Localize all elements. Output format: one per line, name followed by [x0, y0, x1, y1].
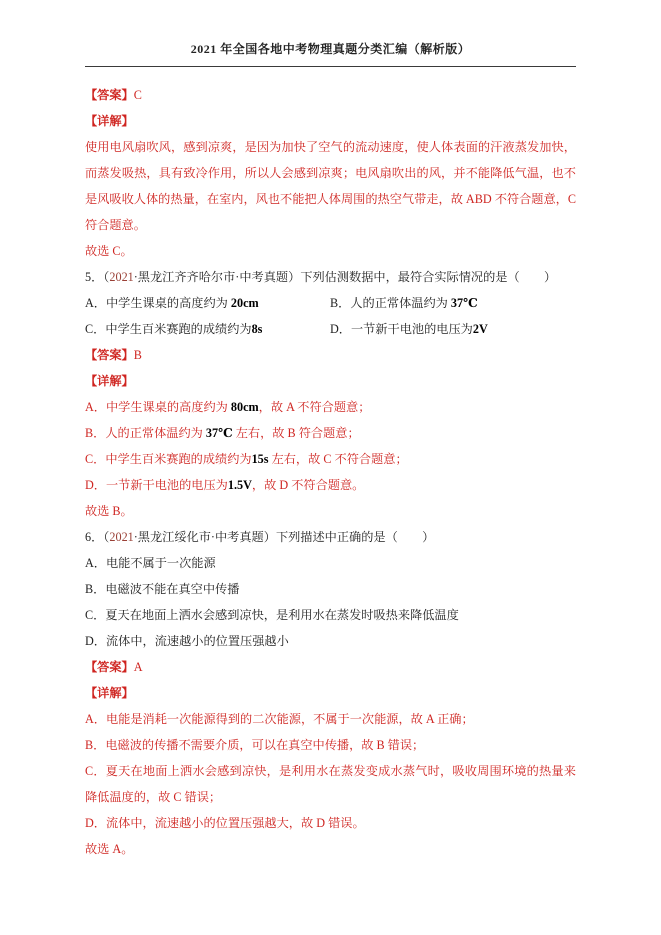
analysis-value: 1.5V — [228, 478, 252, 492]
question6-stem: 6．（2021·黑龙江绥化市·中考真题）下列描述中正确的是（ ） — [85, 524, 576, 550]
q4-analysis-paragraph: 使用电风扇吹风，感到凉爽，是因为加快了空气的流动速度，使人体表面的汗液蒸发加快，… — [85, 134, 576, 238]
detail-marker: 【详解】 — [85, 686, 134, 700]
q5-conclusion: 故选 B。 — [85, 498, 576, 524]
q6-analysis-d: D．流体中，流速越小的位置压强越大，故 D 错误。 — [85, 810, 576, 836]
analysis-text: B．人的正常体温约为 — [85, 426, 206, 440]
q5-analysis-a: A．中学生课桌的高度约为 80cm，故 A 不符合题意； — [85, 394, 576, 420]
q4-conclusion: 故选 C。 — [85, 238, 576, 264]
analysis-value: 15s — [252, 452, 269, 466]
q4-answer-line: 【答案】C — [85, 82, 576, 108]
q6-analysis-c: C．夏天在地面上洒水会感到凉快，是利用水在蒸发变成水蒸气时，吸收周围环境的热量来… — [85, 758, 576, 810]
answer-value: C — [134, 88, 142, 102]
q6-answer-line: 【答案】A — [85, 654, 576, 680]
question5-option-c: C．中学生百米赛跑的成绩约为8s — [85, 316, 330, 342]
question6-option-c: C．夏天在地面上洒水会感到凉快，是利用水在蒸发时吸热来降低温度 — [85, 602, 576, 628]
question6-stem-text: 下列描述中正确的是（ ） — [276, 530, 434, 544]
question6-year: 2021 — [109, 530, 133, 544]
option-label: B． — [330, 296, 350, 310]
option-value: 2V — [473, 322, 488, 336]
detail-marker: 【详解】 — [85, 374, 134, 388]
q6-analysis-a: A．电能是消耗一次能源得到的二次能源，不属于一次能源，故 A 正确； — [85, 706, 576, 732]
analysis-text: ，故 A 不符合题意； — [259, 400, 371, 414]
analysis-text: D．一节新干电池的电压为 — [85, 478, 228, 492]
q5-analysis-b: B．人的正常体温约为 37℃ 左右，故 B 符合题意； — [85, 420, 576, 446]
q6-analysis-b: B．电磁波的传播不需要介质，可以在真空中传播，故 B 错误； — [85, 732, 576, 758]
question5-source: ·黑龙江齐齐哈尔市·中考真题） — [134, 270, 301, 284]
analysis-text: A．中学生课桌的高度约为 — [85, 400, 231, 414]
question5-option-b: B．人的正常体温约为 37℃ — [330, 290, 576, 316]
option-label: C． — [85, 322, 105, 336]
q6-conclusion: 故选 A。 — [85, 836, 576, 862]
analysis-text: 左右，故 B 符合题意； — [233, 426, 360, 440]
question5-number: 5．（ — [85, 270, 109, 284]
q4-detail-line: 【详解】 — [85, 108, 576, 134]
analysis-text: C．中学生百米赛跑的成绩约为 — [85, 452, 252, 466]
document-title: 2021 年全国各地中考物理真题分类汇编（解析版） — [191, 42, 471, 56]
analysis-text: ，故 D 不符合题意。 — [252, 478, 364, 492]
answer-value: A — [134, 660, 143, 674]
option-value: 20cm — [231, 296, 259, 310]
question5-option-d: D．一节新干电池的电压为2V — [330, 316, 576, 342]
analysis-value: 37℃ — [206, 426, 233, 440]
q5-analysis-c: C．中学生百米赛跑的成绩约为15s 左右，故 C 不符合题意； — [85, 446, 576, 472]
document-body: 【答案】C 【详解】 使用电风扇吹风，感到凉爽，是因为加快了空气的流动速度，使人… — [85, 67, 576, 862]
question6-option-a: A．电能不属于一次能源 — [85, 550, 576, 576]
option-text: 人的正常体温约为 — [350, 296, 451, 310]
answer-marker: 【答案】 — [85, 348, 134, 362]
option-text: 一节新干电池的电压为 — [351, 322, 473, 336]
option-value: 37℃ — [451, 296, 478, 310]
q6-detail-line: 【详解】 — [85, 680, 576, 706]
detail-marker: 【详解】 — [85, 114, 134, 128]
q5-answer-line: 【答案】B — [85, 342, 576, 368]
option-value: 8s — [252, 322, 263, 336]
q5-analysis-d: D．一节新干电池的电压为1.5V，故 D 不符合题意。 — [85, 472, 576, 498]
question6-number: 6．（ — [85, 530, 109, 544]
question5-options: A．中学生课桌的高度约为 20cm B．人的正常体温约为 37℃ C．中学生百米… — [85, 290, 576, 342]
answer-value: B — [134, 348, 142, 362]
q5-detail-line: 【详解】 — [85, 368, 576, 394]
analysis-text: 左右，故 C 不符合题意； — [269, 452, 408, 466]
question5-stem: 5．（2021·黑龙江齐齐哈尔市·中考真题）下列估测数据中，最符合实际情况的是（… — [85, 264, 576, 290]
question6-source: ·黑龙江绥化市·中考真题） — [134, 530, 276, 544]
analysis-value: 80cm — [231, 400, 259, 414]
option-text: 中学生百米赛跑的成绩约为 — [105, 322, 251, 336]
page-header: 2021 年全国各地中考物理真题分类汇编（解析版） — [85, 40, 576, 67]
question5-stem-text: 下列估测数据中，最符合实际情况的是（ ） — [300, 270, 556, 284]
answer-marker: 【答案】 — [85, 88, 134, 102]
question6-option-d: D．流体中，流速越小的位置压强越小 — [85, 628, 576, 654]
answer-marker: 【答案】 — [85, 660, 134, 674]
question5-year: 2021 — [109, 270, 133, 284]
option-text: 中学生课桌的高度约为 — [106, 296, 231, 310]
option-label: A． — [85, 296, 106, 310]
question5-option-a: A．中学生课桌的高度约为 20cm — [85, 290, 330, 316]
option-label: D． — [330, 322, 351, 336]
question6-option-b: B．电磁波不能在真空中传播 — [85, 576, 576, 602]
document-page: 2021 年全国各地中考物理真题分类汇编（解析版） 【答案】C 【详解】 使用电… — [0, 0, 661, 862]
